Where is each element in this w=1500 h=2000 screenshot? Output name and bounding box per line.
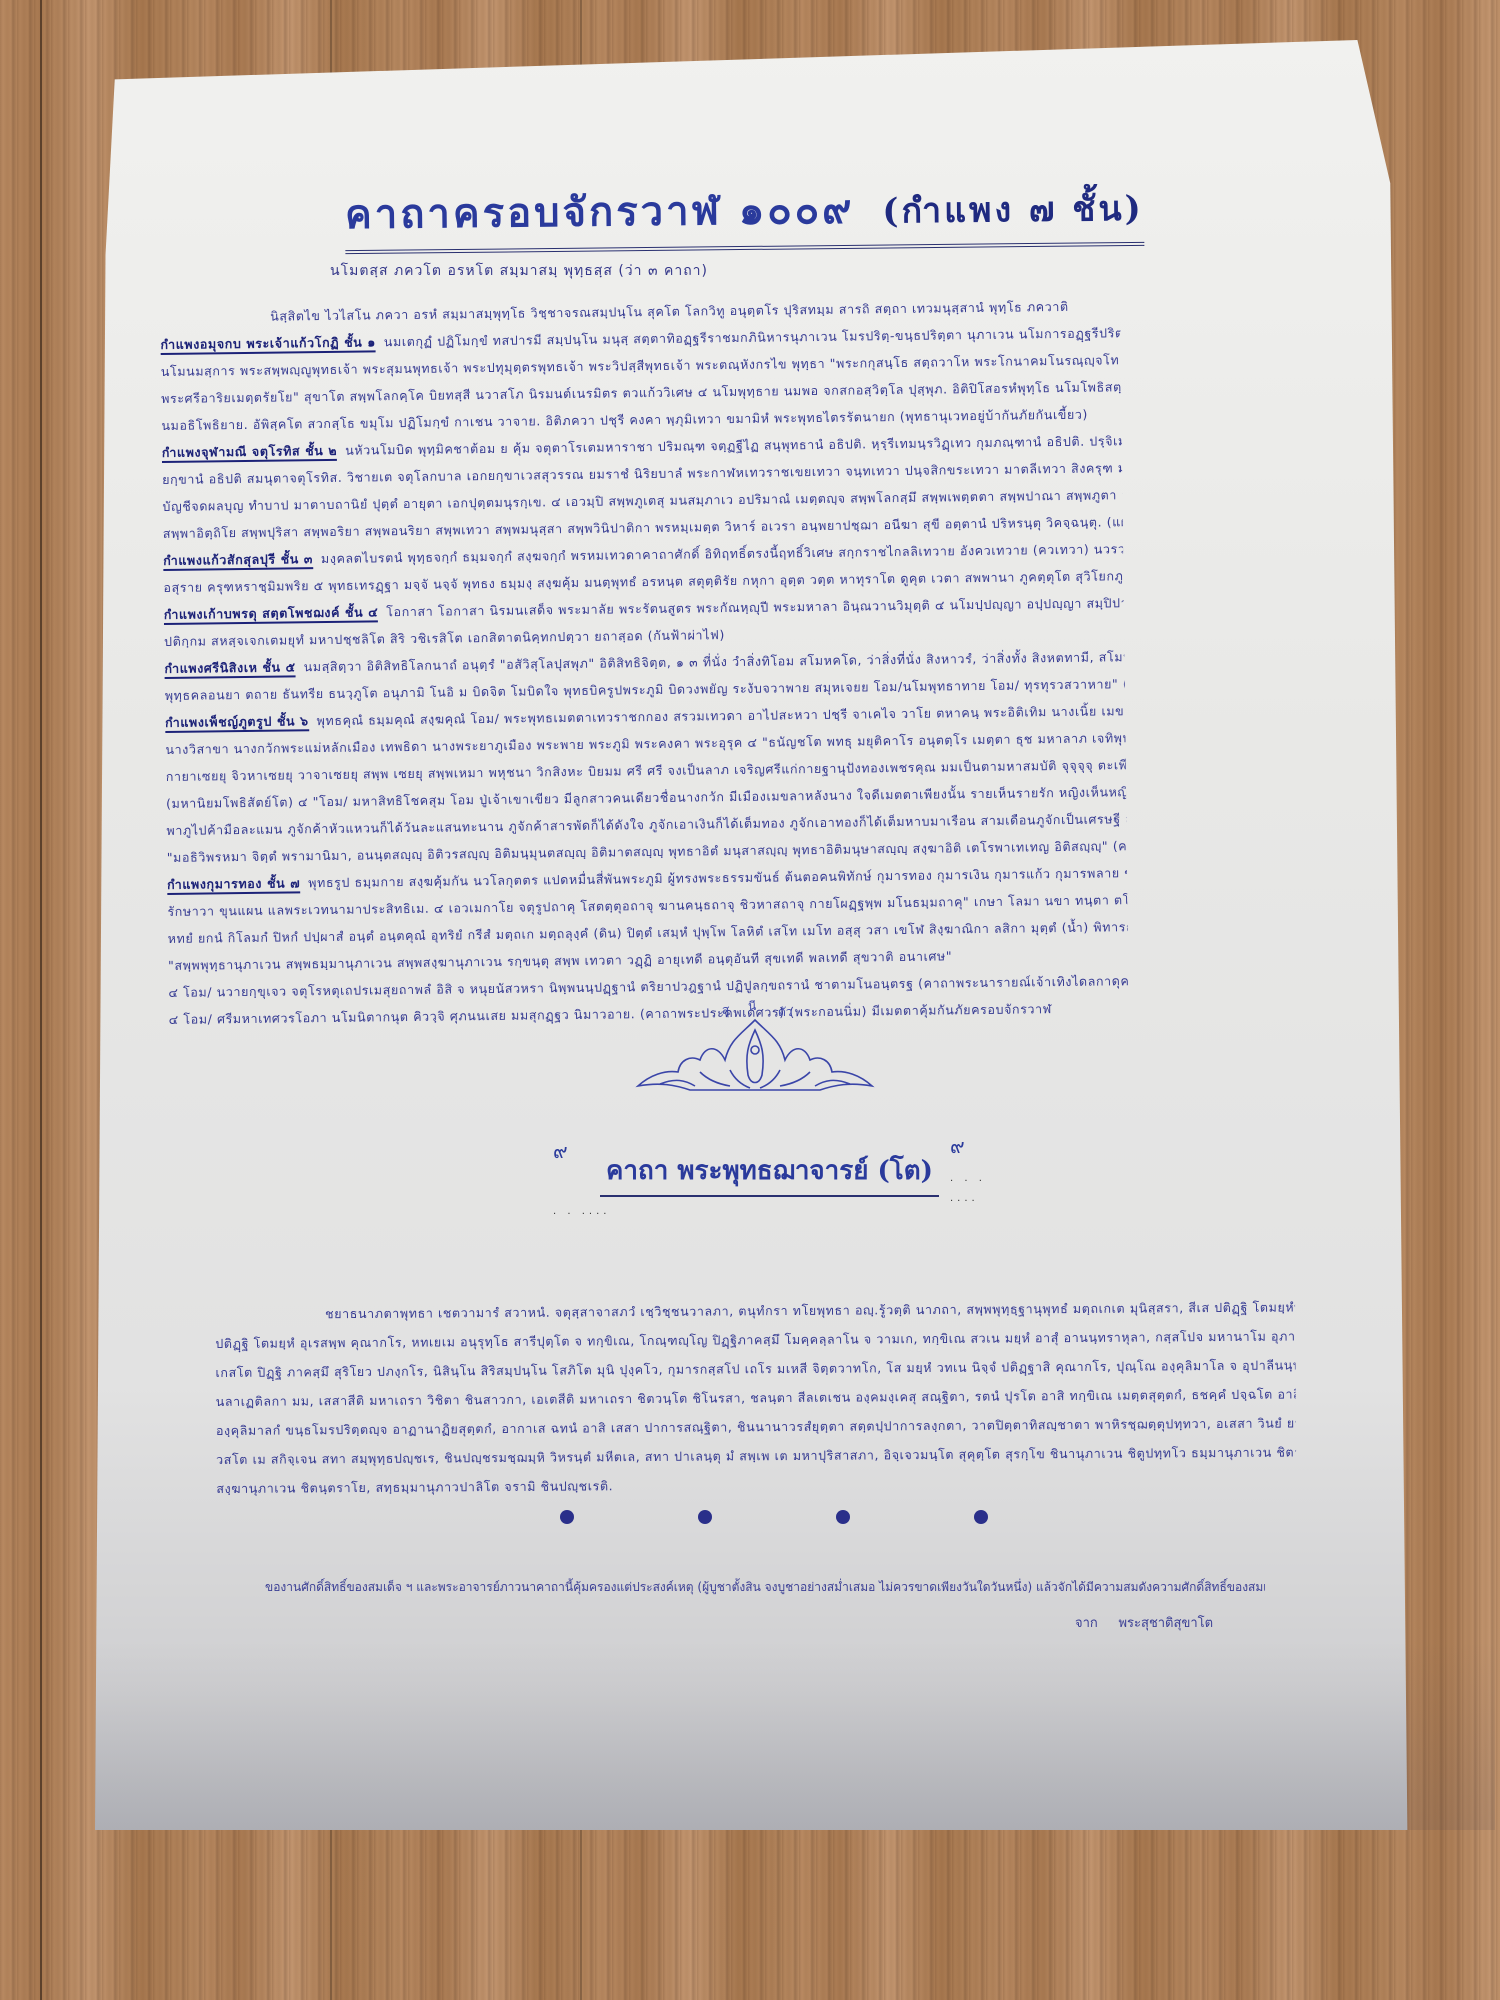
- document-title: คาถาครอบจักรวาฬ ๑๐๐๙(กำแพง ๗ ชั้น): [345, 174, 1144, 254]
- text-line: สงฺฆานุภาเวน ชิตนฺตราโย, สทฺธมฺมานุภาวปา…: [216, 1466, 1296, 1503]
- svg-text:สุ: สุ: [722, 1003, 730, 1018]
- signature: จาก พระสุชาติสุขาโต: [1075, 1612, 1213, 1633]
- bullet-dot: [560, 1510, 574, 1524]
- dots-right: · · · ····: [950, 1172, 990, 1212]
- svg-text:ตัว: ตัว: [778, 1005, 793, 1019]
- wall-section-heading: กำแพงศรีนิสิงเห ชั้น ๕: [164, 659, 295, 679]
- wall-section-heading: กำแพงเพ็ชญ์ภูตรูป ชั้น ๖: [165, 713, 309, 733]
- line-text: โอกาสา โอกาสา นิรมนเสด็จ พระมาลัย พระรัต…: [386, 592, 1124, 619]
- ornament-mark-left: ๙: [553, 1135, 568, 1167]
- line-text: นิสฺสิตไข ไวไสโน ภควา อรหํ สมฺมาสมฺพุทฺโ…: [270, 299, 1069, 324]
- document-content: คาถาครอบจักรวาฬ ๑๐๐๙(กำแพง ๗ ชั้น) นโมตส…: [0, 0, 1500, 2000]
- bullet-dot: [836, 1510, 850, 1524]
- signature-name: พระสุชาติสุขาโต: [1118, 1616, 1213, 1631]
- line-text: ๔ โอม/ ศรีมหาเทศวรโอภา นโมนิตากนุต คิววฺ…: [169, 1001, 1052, 1027]
- wall-section-heading: กำแพงแก้วสักสุลปุรี ชั้น ๓: [163, 551, 313, 571]
- second-incantation-body: ชยาธนาภตาพุทธา เชตวามารํ สวาหนํ. จตุสฺสา…: [215, 1292, 1296, 1503]
- title-main: คาถาครอบจักรวาฬ ๑๐๐๙: [345, 186, 855, 238]
- thai-ornament-emblem-icon: สุ นี ตัว: [630, 1000, 880, 1110]
- line-text: พุทธคุณํ ธมฺมคุณํ สงฺฆคุณํ โอม/ พระพุทธเ…: [317, 701, 1126, 729]
- ornament-mark-right: ๙: [950, 1130, 965, 1162]
- svg-text:นี: นี: [748, 1000, 756, 1013]
- footer-note: ของานศักดิ์สิทธิ์ของสมเด็จ ฯ และพระอาจาร…: [265, 1578, 1265, 1597]
- dots-left: · · ····: [553, 1205, 610, 1225]
- line-text: ปติกฺกม สหสฺจเจกเตมยุทํ มหาปชฺชลิโต สิริ…: [164, 627, 725, 649]
- wall-section-heading: กำแพงเก้าบพรดุ สตฺตโพชฌงค์ ชั้น ๔: [164, 604, 379, 625]
- second-title: คาถา พระพุทธฌาจารย์ (โต): [600, 1150, 939, 1197]
- document-subtitle: นโมตสฺส ภควโต อรหโต สมฺมาสมฺ พุทฺธสฺส (ว…: [330, 260, 708, 282]
- wall-section-heading: กำแพงอมุจกบ พระเจ้าแก้วโกฏิ ชั้น ๑: [160, 334, 376, 355]
- line-text: นหัวนโมบิด พุทฺมิคชาต้อม ย คุ้ม จตุตาโรเ…: [345, 430, 1122, 457]
- line-text: นมสฺสิตฺวา อิติสิทธิโลกนาถํ อนุตฺรํ "อสั…: [304, 647, 1125, 674]
- bullet-dot: [974, 1510, 988, 1524]
- wall-section-heading: กำแพงจุฬามณี จตุโรทิส ชั้น ๒: [162, 443, 338, 463]
- bullet-dot: [698, 1510, 712, 1524]
- line-text: หทยํ ยกนํ กิโลมกํ ปิหกํ ปปฺผาสํ อนฺตํ อน…: [168, 918, 1128, 946]
- title-paren: (กำแพง ๗ ชั้น): [882, 189, 1144, 232]
- main-incantation-body: นิสฺสิตไข ไวไสโน ภควา อรหํ สมฺมาสมฺพุทฺโ…: [160, 292, 1129, 1033]
- signature-from: จาก: [1075, 1616, 1098, 1631]
- line-text: "สพฺพพุทฺธานุภาเวน สพฺพธมฺมานุภาเวน สพฺพ…: [168, 948, 952, 973]
- line-text: นมเตกุฏํ ปฏิโมกฺขํ ทสปารมี สมฺปนฺโน มนุส…: [384, 323, 1121, 349]
- wall-section-heading: กำแพงกุมารทอง ชั้น ๗: [167, 875, 300, 895]
